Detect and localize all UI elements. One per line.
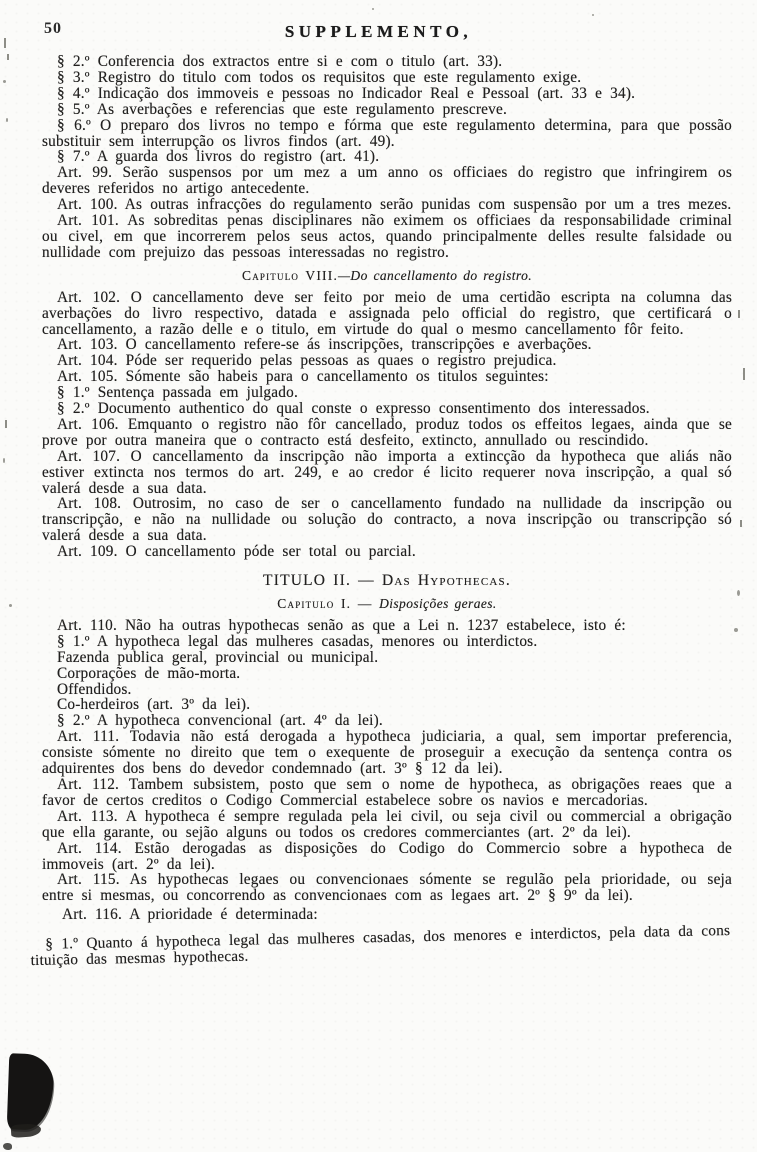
paragraph: § 2.º Documento authentico do qual const…	[42, 401, 732, 417]
ink-blot-tail	[11, 1123, 42, 1138]
paragraph: Art. 107. O cancellamento da inscripção …	[42, 449, 732, 497]
margin-mark	[743, 368, 745, 380]
heading-segment: Das Hypothecas.	[382, 572, 511, 589]
paragraph: Art. 111. Todavia não está derogada a hy…	[42, 729, 732, 777]
paragraph: Art. 112. Tambem subsistem, posto que se…	[42, 777, 732, 809]
heading-segment: —Do cancellamento do registro.	[338, 268, 532, 283]
paragraph: Art. 101. As sobreditas penas disciplina…	[42, 213, 732, 261]
paragraph: § 4.º Indicação dos immoveis e pessoas n…	[42, 86, 732, 102]
paragraph: Co-herdeiros (art. 3º da lei).	[42, 697, 732, 713]
margin-mark	[737, 590, 740, 596]
paragraph: Art. 105. Sómente são habeis para o canc…	[42, 369, 732, 385]
section-heading: Capitulo VIII.—Do cancellamento do regis…	[42, 268, 732, 284]
heading-segment: TITULO II. —	[263, 572, 382, 589]
paragraph: Art. 99. Serão suspensos por um mez a um…	[42, 165, 732, 197]
margin-mark	[5, 420, 7, 428]
margin-mark	[592, 14, 594, 16]
paragraph: Art. 109. O cancellamento póde ser total…	[42, 544, 732, 560]
paragraph: § 1.º A hypotheca legal das mulheres cas…	[42, 634, 732, 650]
paragraph: Art. 104. Póde ser requerido pelas pesso…	[42, 353, 732, 369]
paragraph: § 7.º A guarda dos livros do registro (a…	[42, 149, 732, 165]
paragraph: Offendidos.	[42, 682, 732, 698]
heading-segment: Capitulo VIII.	[242, 268, 338, 283]
margin-mark	[7, 54, 9, 60]
paragraph: Art. 108. Outrosim, no caso de ser o can…	[42, 496, 732, 544]
margin-mark	[738, 310, 740, 318]
paragraph: § 1.º Quanto á hypotheca legal das mulhe…	[30, 923, 730, 969]
paragraph: Art. 106. Emquanto o registro não fôr ca…	[42, 417, 732, 449]
paragraph: Art. 113. A hypotheca é sempre regulada …	[42, 809, 732, 841]
heading-segment: Disposições geraes.	[379, 596, 497, 611]
paragraph: § 2.º A hypotheca convencional (art. 4º …	[42, 713, 732, 729]
margin-mark	[3, 458, 5, 463]
ink-blot	[7, 1053, 55, 1131]
paragraph: § 1.º Sentença passada em julgado.	[42, 385, 732, 401]
paragraph: Art. 116. A prioridade é determinada:	[42, 907, 732, 923]
section-heading: Capitulo I. — Disposições geraes.	[42, 596, 732, 612]
paragraph: Fazenda publica geral, provincial ou mun…	[42, 650, 732, 666]
margin-mark	[740, 520, 742, 527]
paragraph: § 6.º O preparo dos livros no tempo e fó…	[42, 118, 732, 150]
paragraph: Art. 110. Não ha outras hypothecas senão…	[42, 618, 732, 634]
margin-mark	[4, 38, 6, 48]
ink-blot-speck	[3, 1143, 12, 1150]
paragraph: § 3.º Registro do titulo com todos os re…	[42, 70, 732, 86]
margin-mark	[372, 8, 374, 10]
paragraph: Art. 100. As outras infracções do regula…	[42, 197, 732, 213]
paragraph: Art. 103. O cancellamento refere-se ás i…	[42, 337, 732, 353]
margin-mark	[3, 80, 6, 83]
heading-segment: Capitulo I. —	[277, 596, 379, 611]
paragraph: Corporações de mão-morta.	[42, 666, 732, 682]
margin-mark	[734, 628, 738, 632]
paragraph: Art. 114. Estão derogadas as disposições…	[42, 841, 732, 873]
paragraph: § 2.º Conferencia dos extractos entre si…	[42, 54, 732, 70]
page-title: SUPPLEMENTO,	[0, 22, 757, 42]
paragraph: § 5.º As averbações e referencias que es…	[42, 102, 732, 118]
paragraph: Art. 115. As hypothecas legaes ou conven…	[42, 872, 732, 904]
page-body: § 2.º Conferencia dos extractos entre si…	[42, 54, 732, 955]
paragraph: Art. 102. O cancellamento deve ser feito…	[42, 290, 732, 338]
section-heading: TITULO II. — Das Hypothecas.	[42, 573, 732, 589]
margin-mark	[6, 118, 8, 122]
margin-mark	[9, 604, 12, 607]
scanned-page: 50 SUPPLEMENTO, § 2.º Conferencia dos ex…	[0, 0, 757, 1152]
